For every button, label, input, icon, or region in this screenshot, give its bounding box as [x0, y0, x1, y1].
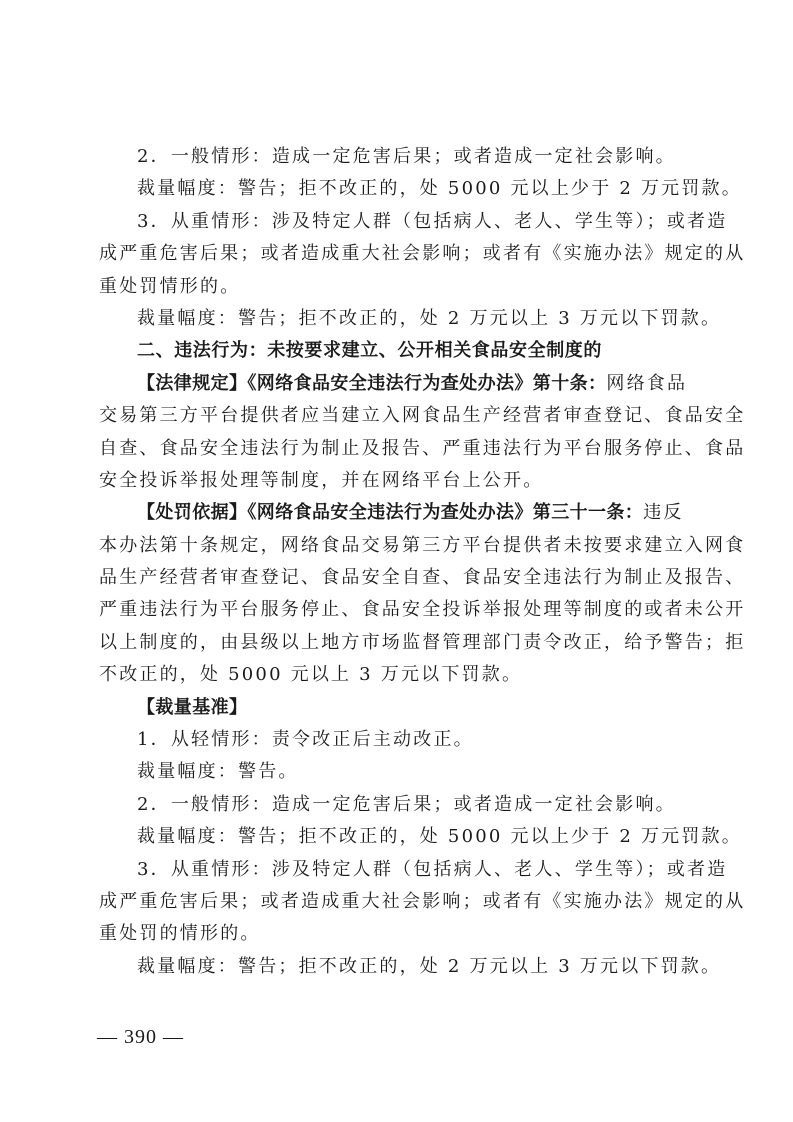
document-body: 2．一般情形：造成一定危害后果；或者造成一定社会影响。 裁量幅度：警告；拒不改正… — [99, 141, 697, 983]
paragraph-general-case-2: 2．一般情形：造成一定危害后果；或者造成一定社会影响。 — [99, 789, 697, 821]
paragraph-penalty-range-1: 裁量幅度：警告；拒不改正的，处 5000 元以上少于 2 万元罚款。 — [99, 173, 697, 205]
paragraph-legal-provision-cont-1: 交易第三方平台提供者应当建立入网食品生产经营者审查登记、食品安全 — [99, 400, 697, 432]
paragraph-aggravated-case-2: 3．从重情形：涉及特定人群（包括病人、老人、学生等）；或者造 — [99, 854, 697, 886]
page-number: — 390 — — [97, 1026, 184, 1049]
paragraph-aggravated-case-1-cont: 成严重危害后果；或者造成重大社会影响；或者有《实施办法》规定的从 — [99, 238, 697, 270]
paragraph-penalty-range-general: 裁量幅度：警告；拒不改正的，处 5000 元以上少于 2 万元罚款。 — [99, 821, 697, 853]
section-heading-violation-2: 二、违法行为：未按要求建立、公开相关食品安全制度的 — [99, 335, 697, 367]
penalty-basis-label: 【处罚依据】《网络食品安全违法行为查处办法》第三十一条： — [137, 502, 643, 523]
penalty-basis-text: 违反 — [643, 502, 683, 523]
discretion-standard-heading: 【裁量基准】 — [99, 692, 697, 724]
paragraph-aggravated-case-1-end: 重处罚情形的。 — [99, 271, 697, 303]
paragraph-penalty-range-2: 裁量幅度：警告；拒不改正的，处 2 万元以上 3 万元以下罚款。 — [99, 303, 697, 335]
paragraph-aggravated-case-2-end: 重处罚的情形的。 — [99, 918, 697, 950]
paragraph-penalty-range-mitigated: 裁量幅度：警告。 — [99, 756, 697, 788]
paragraph-penalty-range-aggravated: 裁量幅度：警告；拒不改正的，处 2 万元以上 3 万元以下罚款。 — [99, 951, 697, 983]
paragraph-legal-provision: 【法律规定】《网络食品安全违法行为查处办法》第十条：网络食品 — [99, 368, 697, 400]
paragraph-aggravated-case-1: 3．从重情形：涉及特定人群（包括病人、老人、学生等）；或者造 — [99, 206, 697, 238]
paragraph-legal-provision-cont-3: 安全投诉举报处理等制度，并在网络平台上公开。 — [99, 465, 697, 497]
discretion-standard-label: 【裁量基准】 — [137, 697, 247, 718]
paragraph-aggravated-case-2-cont: 成严重危害后果；或者造成重大社会影响；或者有《实施办法》规定的从 — [99, 886, 697, 918]
legal-provision-label: 【法律规定】《网络食品安全违法行为查处办法》第十条： — [137, 373, 606, 394]
paragraph-penalty-basis-cont-4: 以上制度的，由县级以上地方市场监督管理部门责令改正，给予警告；拒 — [99, 627, 697, 659]
paragraph-penalty-basis-cont-3: 严重违法行为平台服务停止、食品安全投诉举报处理等制度的或者未公开 — [99, 594, 697, 626]
paragraph-penalty-basis-cont-2: 品生产经营者审查登记、食品安全自查、食品安全违法行为制止及报告、 — [99, 562, 697, 594]
legal-provision-text: 网络食品 — [606, 373, 687, 394]
paragraph-penalty-basis: 【处罚依据】《网络食品安全违法行为查处办法》第三十一条：违反 — [99, 497, 697, 529]
paragraph-legal-provision-cont-2: 自查、食品安全违法行为制止及报告、严重违法行为平台服务停止、食品 — [99, 433, 697, 465]
paragraph-penalty-basis-cont-5: 不改正的，处 5000 元以上 3 万元以下罚款。 — [99, 659, 697, 691]
paragraph-penalty-basis-cont-1: 本办法第十条规定，网络食品交易第三方平台提供者未按要求建立入网食 — [99, 530, 697, 562]
paragraph-mitigated-case: 1．从轻情形：责令改正后主动改正。 — [99, 724, 697, 756]
paragraph-general-case-1: 2．一般情形：造成一定危害后果；或者造成一定社会影响。 — [99, 141, 697, 173]
